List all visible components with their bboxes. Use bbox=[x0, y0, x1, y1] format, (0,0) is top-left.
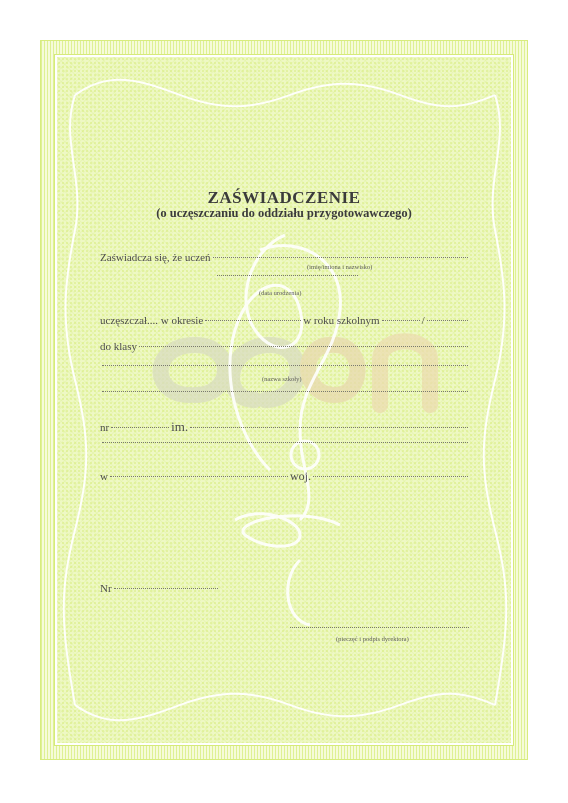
address-field[interactable] bbox=[102, 442, 468, 443]
school-year-separator: / bbox=[422, 315, 425, 327]
school-name-row-2 bbox=[100, 394, 470, 395]
document-title: ZAŚWIADCZENIE bbox=[0, 188, 568, 208]
signature-row bbox=[288, 630, 471, 631]
cert-number-row: Nr bbox=[100, 583, 220, 595]
city-row: w woj. bbox=[100, 469, 470, 484]
voivodeship-field[interactable] bbox=[313, 476, 468, 477]
class-field[interactable] bbox=[139, 346, 468, 347]
document-subtitle: (o uczęszczaniu do oddziału przygotowawc… bbox=[0, 206, 568, 221]
school-name-field[interactable] bbox=[102, 365, 468, 366]
school-year-end-field[interactable] bbox=[427, 320, 468, 321]
birthdate-caption: (data urodzenia) bbox=[259, 290, 301, 297]
school-name-caption: (nazwa szkoły) bbox=[262, 376, 302, 383]
signature-field[interactable] bbox=[290, 627, 469, 628]
signature-caption: (pieczęć i podpis dyrektora) bbox=[336, 636, 409, 643]
student-name-row: Zaświadcza się, że uczeń bbox=[100, 252, 470, 264]
student-name-field[interactable] bbox=[213, 257, 468, 258]
named-after-label: im. bbox=[171, 419, 188, 435]
school-number-field[interactable] bbox=[111, 427, 169, 428]
city-field[interactable] bbox=[110, 476, 288, 477]
birthdate-row bbox=[215, 278, 360, 279]
named-after-field[interactable] bbox=[190, 427, 468, 428]
birthdate-field[interactable] bbox=[217, 275, 358, 276]
school-name-field-2[interactable] bbox=[102, 391, 468, 392]
cert-number-label: Nr bbox=[100, 583, 112, 595]
period-field[interactable] bbox=[205, 320, 301, 321]
number-label: nr bbox=[100, 422, 109, 434]
school-year-label: w roku szkolnym bbox=[303, 315, 379, 327]
attendance-row: uczęszczał.... w okresie w roku szkolnym… bbox=[100, 315, 470, 327]
class-label: do klasy bbox=[100, 341, 137, 353]
cert-number-field[interactable] bbox=[114, 588, 218, 589]
school-number-row: nr im. bbox=[100, 419, 470, 435]
city-label: w bbox=[100, 471, 108, 483]
class-row: do klasy bbox=[100, 341, 470, 353]
name-caption: (imię/imiona i nazwisko) bbox=[307, 264, 372, 271]
voivodeship-label: woj. bbox=[290, 469, 311, 484]
address-row bbox=[100, 445, 470, 446]
certify-label: Zaświadcza się, że uczeń bbox=[100, 252, 211, 264]
school-name-row bbox=[100, 368, 470, 369]
school-year-start-field[interactable] bbox=[382, 320, 420, 321]
decorative-ornaments bbox=[0, 0, 568, 803]
attended-label: uczęszczał.... w okresie bbox=[100, 315, 203, 327]
